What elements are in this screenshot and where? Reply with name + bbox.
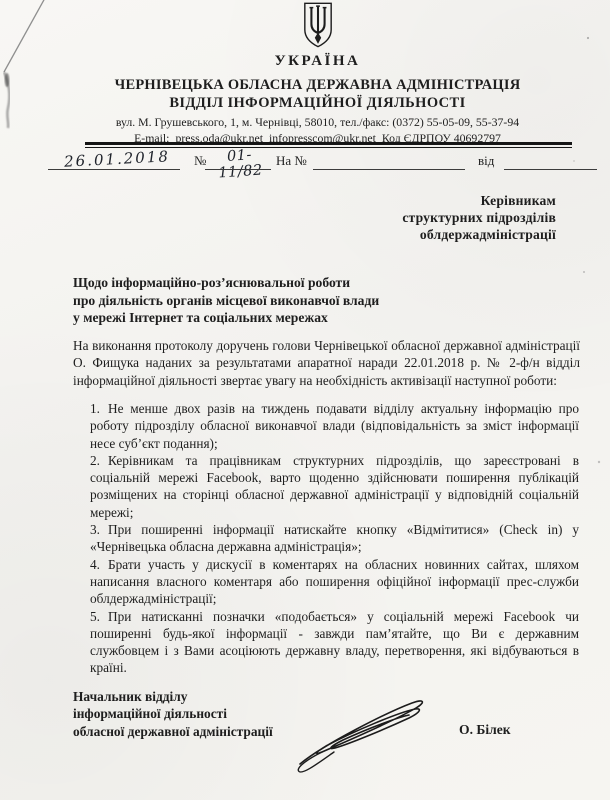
- number-underline: [205, 169, 271, 170]
- postal-address: вул. М. Грушевського, 1, м. Чернівці, 58…: [25, 115, 610, 130]
- date-underline: [48, 169, 180, 170]
- ukraine-trident-emblem-icon: [302, 2, 334, 48]
- signer-title-line: Начальник відділу: [73, 688, 273, 705]
- list-item: 3.При поширенні інформації натискайте кн…: [90, 521, 579, 556]
- recipient-line: структурних підрозділів: [328, 209, 556, 226]
- list-item-number: 4.: [90, 557, 100, 572]
- numbered-list: 1.Не менше двох разів на тиждень подават…: [90, 400, 579, 677]
- list-item-text: При поширенні інформації натискайте кноп…: [90, 522, 579, 554]
- body-intro-paragraph: На виконання протоколу доручень голови Ч…: [73, 337, 580, 389]
- incoming-number-label: На №: [276, 153, 307, 169]
- from-date-label: від: [478, 153, 494, 169]
- signer-title-line: інформаційної діяльності: [73, 705, 273, 722]
- scanned-letter-page: УКРАЇНА ЧЕРНІВЕЦЬКА ОБЛАСНА ДЕРЖАВНА АДМ…: [0, 0, 610, 800]
- number-label: №: [194, 153, 206, 169]
- list-item-text: При натисканні позначки «подобається» у …: [90, 609, 579, 676]
- list-item: 5.При натисканні позначки «подобається» …: [90, 608, 579, 677]
- list-item: 4.Брати участь у дискусії в коментарях н…: [90, 556, 579, 608]
- handwritten-date: 26.01.2018: [56, 147, 179, 171]
- from-date-underline: [504, 169, 597, 170]
- list-item-text: Керівникам та працівникам структурних пі…: [90, 453, 579, 520]
- subject-line: у мережі Інтернет та соціальних мережах: [73, 309, 379, 327]
- recipient-line: облдержадміністрації: [328, 226, 556, 243]
- recipient-block: Керівникам структурних підрозділів облде…: [328, 192, 556, 244]
- department-name: ВІДДІЛ ІНФОРМАЦІЙНОЇ ДІЯЛЬНОСТІ: [25, 95, 610, 112]
- signer-title-line: обласної державної адміністрації: [73, 723, 273, 740]
- handwritten-outgoing-number: 01-11/82: [207, 146, 273, 182]
- list-item-number: 1.: [90, 401, 100, 416]
- subject-line: Щодо інформаційно-роз’яснювальної роботи: [73, 274, 379, 292]
- list-item-text: Брати участь у дискусії в коментарях на …: [90, 557, 579, 607]
- list-item-text: Не менше двох разів на тиждень подавати …: [90, 401, 579, 451]
- subject-line: про діяльність органів місцевої виконавч…: [73, 292, 379, 310]
- country-title: УКРАЇНА: [25, 53, 610, 70]
- handwritten-signature: [290, 694, 440, 776]
- reference-row: 26.01.2018 № 01-11/82 На № від: [0, 149, 610, 183]
- recipient-line: Керівникам: [328, 192, 556, 209]
- incoming-number-underline: [313, 169, 465, 170]
- list-item-number: 5.: [90, 609, 100, 624]
- signer-title-block: Начальник відділу інформаційної діяльнос…: [73, 688, 273, 740]
- letterhead: УКРАЇНА ЧЕРНІВЕЦЬКА ОБЛАСНА ДЕРЖАВНА АДМ…: [25, 2, 610, 146]
- list-item: 2.Керівникам та працівникам структурних …: [90, 452, 579, 521]
- list-item: 1.Не менше двох разів на тиждень подават…: [90, 400, 579, 452]
- signer-name: О. Білек: [459, 722, 511, 738]
- subject-block: Щодо інформаційно-роз’яснювальної роботи…: [73, 274, 379, 327]
- organization-name: ЧЕРНІВЕЦЬКА ОБЛАСНА ДЕРЖАВНА АДМІНІСТРАЦ…: [25, 77, 610, 94]
- list-item-number: 2.: [90, 453, 100, 468]
- list-item-number: 3.: [90, 522, 100, 537]
